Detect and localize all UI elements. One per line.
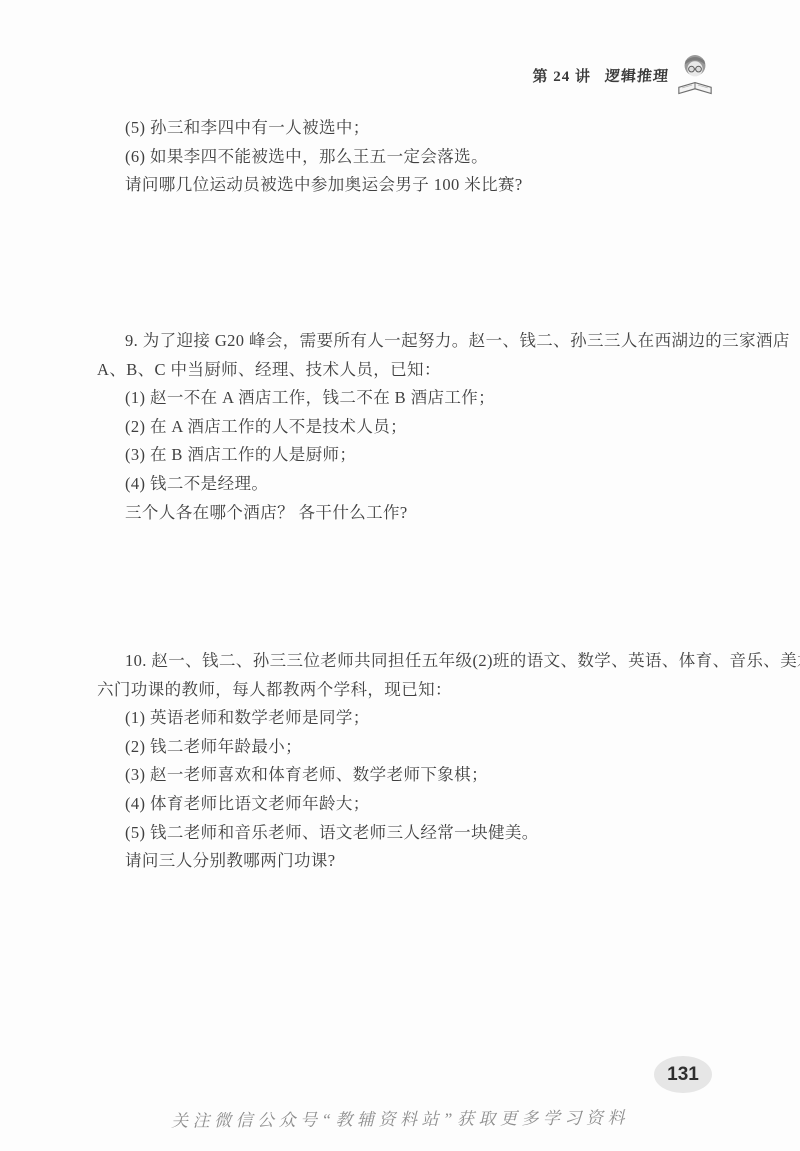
textbook-page: 第 24 讲 逻辑推理 (5) 孙三和李四中有一人被选中； (6) 如果李四不能…	[0, 0, 800, 1151]
text-line: (3) 在 B 酒店工作的人是厨师；	[97, 441, 722, 470]
page-header: 第 24 讲 逻辑推理	[532, 53, 714, 97]
text-line: (5) 孙三和李四中有一人被选中；	[97, 114, 722, 143]
text-line: 请问三人分别教哪两门功课?	[97, 847, 722, 876]
text-line: 六门功课的教师，每人都教两个学科，现已知：	[97, 676, 722, 705]
text-line: 10. 赵一、钱二、孙三三位老师共同担任五年级(2)班的语文、数学、英语、体育、…	[97, 647, 722, 676]
text-line: (4) 钱二不是经理。	[97, 470, 722, 499]
page-number-badge: 131	[654, 1056, 712, 1093]
lesson-title: 逻辑推理	[604, 65, 670, 86]
text-line: (3) 赵一老师喜欢和体育老师、数学老师下象棋；	[97, 761, 722, 790]
problem-9-block: 9. 为了迎接 G20 峰会，需要所有人一起努力。赵一、钱二、孙三三人在西湖边的…	[97, 327, 722, 527]
text-line: (1) 赵一不在 A 酒店工作，钱二不在 B 酒店工作；	[97, 384, 722, 413]
text-line: (4) 体育老师比语文老师年龄大；	[97, 790, 722, 819]
text-line: 三个人各在哪个酒店？ 各干什么工作?	[97, 499, 722, 528]
text-line: 请问哪几位运动员被选中参加奥运会男子 100 米比赛?	[97, 171, 722, 200]
text-line: (2) 在 A 酒店工作的人不是技术人员；	[97, 413, 722, 442]
lesson-number: 第 24 讲	[532, 65, 591, 86]
text-line: (5) 钱二老师和音乐老师、语文老师三人经常一块健美。	[97, 819, 722, 848]
problem-8-tail-block: (5) 孙三和李四中有一人被选中； (6) 如果李四不能被选中，那么王五一定会落…	[97, 114, 722, 200]
problem-10-block: 10. 赵一、钱二、孙三三位老师共同担任五年级(2)班的语文、数学、英语、体育、…	[97, 647, 722, 876]
watermark-text: 关注微信公众号“教辅资料站”获取更多学习资料	[0, 1102, 800, 1133]
reading-child-icon	[676, 53, 714, 97]
text-line: (1) 英语老师和数学老师是同学；	[97, 704, 722, 733]
text-line: A、B、C 中当厨师、经理、技术人员，已知：	[97, 356, 722, 385]
text-line: (2) 钱二老师年龄最小；	[97, 733, 722, 762]
text-line: 9. 为了迎接 G20 峰会，需要所有人一起努力。赵一、钱二、孙三三人在西湖边的…	[97, 327, 722, 356]
text-line: (6) 如果李四不能被选中，那么王五一定会落选。	[97, 143, 722, 172]
